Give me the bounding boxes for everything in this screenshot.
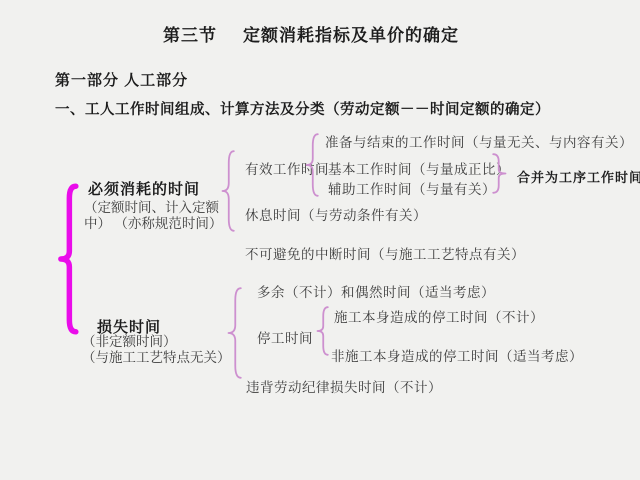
section-number: 第三节: [163, 26, 217, 45]
item-discipline-violation-time: 违背劳动纪律损失时间（不计）: [246, 376, 442, 396]
note-must-consume: （定额时间、计入定额中） （亦称规范时间）: [84, 200, 242, 232]
effective-work-brace: [306, 133, 319, 197]
section-heading: 第三节定额消耗指标及单价的确定: [163, 21, 459, 46]
note-unrelated-craft: （与施工工艺特点无关）: [82, 350, 231, 366]
stoppage-brace: [317, 306, 329, 356]
part-heading: 第一部分 人工部分: [55, 69, 188, 90]
item-superfluous-incidental-time: 多余（不计）和偶然时间（适当考虑）: [257, 281, 495, 301]
slide-canvas: 第三节定额消耗指标及单价的确定 第一部分 人工部分 一、工人工作时间组成、计算方…: [0, 0, 640, 480]
item-stoppage-not-by-construction: 非施工本身造成的停工时间（适当考虑）: [331, 345, 583, 365]
item-stoppage-by-construction: 施工本身造成的停工时间（不计）: [334, 306, 544, 326]
note-non-quota-time: （非定额时间）: [82, 334, 177, 350]
label-merged-process-time: 合并为工序工作时间: [517, 167, 640, 186]
page-title: 定额消耗指标及单价的确定: [243, 26, 459, 45]
main-left-brace: [60, 184, 78, 334]
item-stoppage-time: 停工时间: [257, 327, 313, 347]
label-must-consume-time: 必须消耗的时间: [88, 178, 200, 199]
item-auxiliary-work-time: 辅助工作时间（与量有关）: [328, 178, 496, 198]
must-consume-brace: [222, 150, 235, 232]
note-alias-standard-time: （亦称规范时间）: [114, 216, 222, 231]
item-prep-finish-time: 准备与结束的工作时间（与量无关、与内容有关）: [325, 131, 633, 151]
loss-time-brace: [228, 287, 242, 379]
item-basic-work-time: 基本工作时间（与量成正比）: [328, 158, 510, 178]
merge-right-brace: [492, 153, 506, 194]
topic-heading: 一、工人工作时间组成、计算方法及分类（劳动定额－－时间定额的确定）: [55, 98, 550, 119]
item-rest-time: 休息时间（与劳动条件有关）: [245, 204, 427, 224]
item-unavoidable-interrupt-time: 不可避免的中断时间（与施工工艺特点有关）: [245, 243, 525, 263]
